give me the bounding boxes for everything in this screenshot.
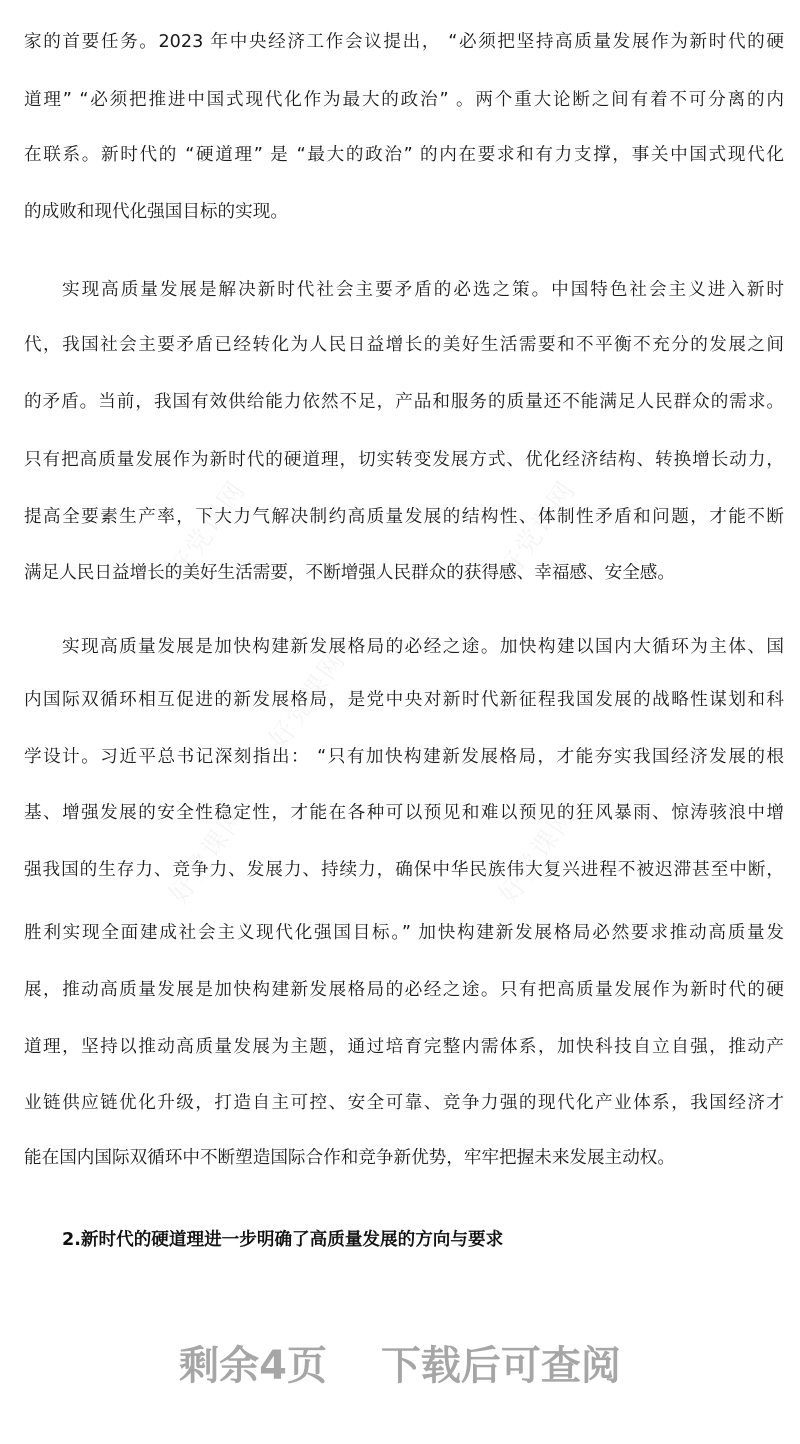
text-line: 提高全要素生产率，下大力气解决制约高质量发展的结构性、体制性矛盾和问题，才能不断	[24, 503, 784, 531]
text-line: 代，我国社会主要矛盾已经转化为人民日益增长的美好生活需要和不平衡不充分的发展之间	[24, 331, 784, 359]
text-line: 胜利实现全面建成社会主义现代化强国目标。” 加快构建新发展格局必然要求推动高质量…	[24, 919, 784, 947]
text-line: 基、增强发展的安全性稳定性，才能在各种可以预见和难以预见的狂风暴雨、惊涛骇浪中增	[24, 799, 784, 827]
text-line: 展，推动高质量发展是加快构建新发展格局的必经之途。只有把高质量发展作为新时代的硬	[24, 976, 784, 1004]
text-line: 内国际双循环相互促进的新发展格局，是党中央对新时代新征程我国发展的战略性谋划和科	[24, 686, 784, 714]
text-line: 能在国内国际双循环中不断塑造国际合作和竞争新优势，牢牢把握未来发展主动权。	[24, 1144, 784, 1172]
section-heading: 2.新时代的硬道理进一步明确了高质量发展的方向与要求	[62, 1226, 503, 1254]
download-to-read-banner[interactable]: 剩余4页 下载后可查阅	[0, 1340, 800, 1392]
text-line: 业链供应链优化升级，打造自主可控、安全可靠、竞争力强的现代化产业体系，我国经济才	[24, 1089, 784, 1117]
download-label: 下载后可查阅	[381, 1343, 621, 1389]
text-line: 强我国的生存力、竞争力、发展力、持续力，确保中华民族伟大复兴进程不被迟滞甚至中断…	[24, 856, 784, 884]
document-page: 好党课网 好党课网 好党课网 好党课网 好党课网 家的首要任务。2023 年中央…	[0, 0, 800, 1444]
text-line: 实现高质量发展是加快构建新发展格局的必经之途。加快构建以国内大循环为主体、国	[62, 633, 784, 661]
text-line: 道理” “必须把推进中国式现代化作为最大的政治” 。两个重大论断之间有着不可分离…	[24, 86, 784, 114]
text-line: 只有把高质量发展作为新时代的硬道理，切实转变发展方式、优化经济结构、转换增长动力…	[24, 446, 784, 474]
text-line: 满足人民日益增长的美好生活需要，不断增强人民群众的获得感、幸福感、安全感。	[24, 559, 784, 587]
text-line: 的成败和现代化强国目标的实现。	[24, 198, 784, 226]
remaining-pages-label: 剩余4页	[179, 1343, 327, 1389]
text-line: 实现高质量发展是解决新时代社会主要矛盾的必选之策。中国特色社会主义进入新时	[62, 276, 784, 304]
text-line: 道理，坚持以推动高质量发展为主题，通过培育完整内需体系，加快科技自立自强，推动产	[24, 1033, 784, 1061]
text-line: 学设计。习近平总书记深刻指出： “只有加快构建新发展格局，才能夯实我国经济发展的…	[24, 743, 784, 771]
text-line: 在联系。新时代的 “硬道理” 是 “最大的政治” 的内在要求和有力支撑，事关中国…	[24, 141, 784, 169]
text-line: 家的首要任务。2023 年中央经济工作会议提出， “必须把坚持高质量发展作为新时…	[24, 28, 784, 56]
text-line: 的矛盾。当前，我国有效供给能力依然不足，产品和服务的质量还不能满足人民群众的需求…	[24, 388, 784, 416]
